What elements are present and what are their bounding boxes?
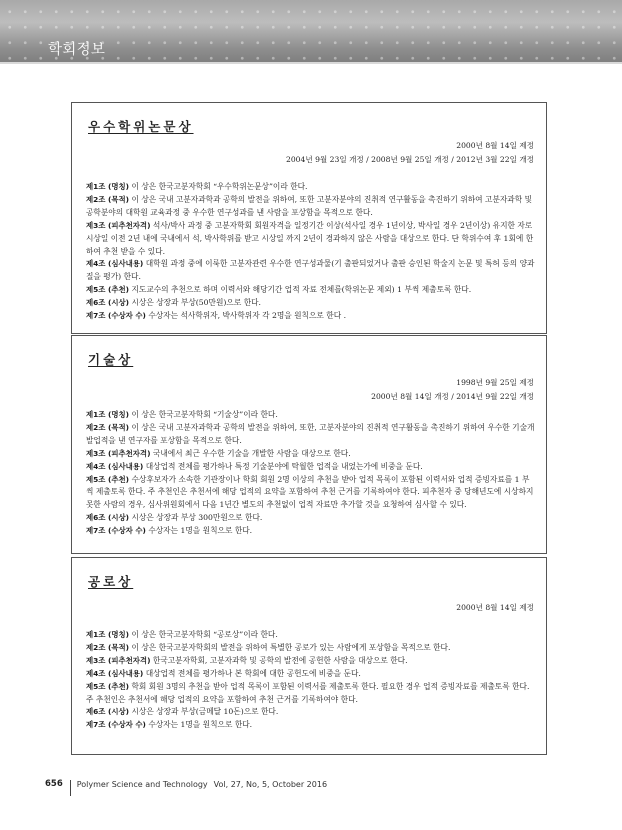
award-title: 기술상 [88,350,133,368]
article-text: 수상자는 석사학위자, 박사학위자 각 2명을 원칙으로 한다 . [146,311,346,320]
section-title: 학회정보 [48,38,105,59]
article-text: 지도교수의 추천으로 하며 이력서와 해당기간 업적 자료 전체를(학위논문 제… [129,285,471,294]
article-7: 제7조 (수상자 수) 수상자는 석사학위자, 박사학위자 각 2명을 원칙으로… [86,310,536,323]
article-2: 제2조 (목적) 이 상은 국내 고분자과학과 공학의 발전을 위하여, 또한,… [86,422,536,448]
article-heading: 제4조 (심사내용) [86,462,143,471]
article-4: 제4조 (심사내용) 대학원 과정 중에 이룩한 고분자관련 우수한 연구성과물… [86,258,536,284]
article-heading: 제1조 (명칭) [86,630,129,639]
article-6: 제6조 (시상) 시상은 상장과 부상 300만원으로 한다. [86,512,536,525]
article-5: 제5조 (추천) 수상후보자가 소속한 기관장이나 학회 회원 2명 이상의 추… [86,474,536,513]
article-text: 대상업적 전체를 평가하나 특정 기술분야에 탁월한 업적을 내었는가에 비중을… [143,462,422,471]
article-heading: 제2조 (목적) [86,195,129,204]
article-heading: 제5조 (추천) [86,475,129,484]
article-text: 이 상은 한국고분자학회의 발전을 위하여 특별한 공로가 있는 사람에게 포상… [129,643,450,652]
article-6: 제6조 (시상) 시상은 상장과 부상(50만원)으로 한다. [86,297,536,310]
article-3: 제3조 (피추천자격) 석사/박사 과정 중 고분자학회 회원자격을 일정기간 … [86,220,536,259]
award-dates: 1998년 9월 25일 제정 2000년 8월 14일 개정 / 2014년 … [371,376,534,404]
article-text: 시상은 상장과 부상 300만원으로 한다. [129,513,262,522]
issue-info: Vol, 27, No, 5, October 2016 [214,780,327,789]
article-heading: 제1조 (명칭) [86,410,129,419]
article-text: 석사/박사 과정 중 고분자학회 회원자격을 일정기간 이상(석사일 경우 1년… [86,221,533,256]
article-text: 시상은 상장과 부상(금메달 10돈)으로 한다. [129,707,278,716]
article-heading: 제3조 (피추천자격) [86,221,150,230]
article-heading: 제5조 (추천) [86,285,129,294]
article-text: 국내에서 최근 우수한 기술을 개발한 사람을 대상으로 한다. [150,449,350,458]
enactment-date: 2000년 8월 14일 제정 [456,601,534,615]
award-box-merit: 공로상 2000년 8월 14일 제정 제1조 (명칭) 이 상은 한국고분자학… [71,557,547,755]
revision-dates: 2004년 9월 23일 개정 / 2008년 9월 25일 개정 / 2012… [286,153,534,167]
article-5: 제5조 (추천) 지도교수의 추천으로 하며 이력서와 해당기간 업적 자료 전… [86,284,536,297]
article-7: 제7조 (수상자 수) 수상자는 1명을 원칙으로 한다. [86,719,536,732]
article-text: 시상은 상장과 부상(50만원)으로 한다. [129,298,261,307]
award-title: 공로상 [88,572,133,590]
section-header-band: 학회정보 [0,0,622,64]
article-heading: 제6조 (시상) [86,513,129,522]
article-text: 수상후보자가 소속한 기관장이나 학회 회원 2명 이상의 추천을 받아 업적 … [86,475,533,510]
award-title: 우수학위논문상 [88,117,194,135]
article-heading: 제1조 (명칭) [86,182,129,191]
article-text: 대상업적 전체를 평가하나 본 학회에 대한 공헌도에 비중을 둔다. [143,669,361,678]
article-heading: 제7조 (수상자 수) [86,526,146,535]
award-box-thesis: 우수학위논문상 2000년 8월 14일 제정 2004년 9월 23일 개정 … [71,102,547,334]
article-1: 제1조 (명칭) 이 상은 한국고분자학회 “공로상”이라 한다. [86,629,536,642]
article-heading: 제3조 (피추천자격) [86,449,150,458]
article-text: 학회 회원 3명의 추천을 받아 업적 목록이 포함된 이력서를 제출토록 한다… [86,682,529,704]
article-3: 제3조 (피추천자격) 국내에서 최근 우수한 기술을 개발한 사람을 대상으로… [86,448,536,461]
article-text: 이 상은 한국고분자학회 “우수학위논문상”이라 한다. [129,182,307,191]
article-text: 이 상은 한국고분자학회 “공로상”이라 한다. [129,630,278,639]
footer-divider [70,780,71,796]
award-dates: 2000년 8월 14일 제정 [456,601,534,615]
award-box-technology: 기술상 1998년 9월 25일 제정 2000년 8월 14일 개정 / 20… [71,335,547,554]
article-heading: 제6조 (시상) [86,298,129,307]
article-heading: 제2조 (목적) [86,643,129,652]
enactment-date: 1998년 9월 25일 제정 [371,376,534,390]
article-heading: 제5조 (추천) [86,682,129,691]
article-heading: 제6조 (시상) [86,707,129,716]
article-text: 수상자는 1명을 원칙으로 한다. [146,720,252,729]
journal-name: Polymer Science and Technology [77,780,208,789]
article-text: 이 상은 국내 고분자과학과 공학의 발전을 위하여, 또한, 고분자분야의 진… [86,423,534,445]
article-2: 제2조 (목적) 이 상은 국내 고분자과학과 공학의 발전을 위하여, 또한 … [86,194,536,220]
article-6: 제6조 (시상) 시상은 상장과 부상(금메달 10돈)으로 한다. [86,706,536,719]
article-3: 제3조 (피추천자격) 한국고분자학회, 고분자과학 및 공학의 발전에 공헌한… [86,655,536,668]
article-5: 제5조 (추천) 학회 회원 3명의 추천을 받아 업적 목록이 포함된 이력서… [86,681,536,707]
enactment-date: 2000년 8월 14일 제정 [286,139,534,153]
page-number: 656 [45,779,63,789]
article-list: 제1조 (명칭) 이 상은 한국고분자학회 “우수학위논문상”이라 한다. 제2… [86,181,536,323]
article-text: 이 상은 한국고분자학회 “기술상”이라 한다. [129,410,278,419]
article-heading: 제2조 (목적) [86,423,129,432]
article-text: 대학원 과정 중에 이룩한 고분자관련 우수한 연구성과물(기 출판되었거나 출… [86,259,534,281]
article-heading: 제4조 (심사내용) [86,669,143,678]
article-1: 제1조 (명칭) 이 상은 한국고분자학회 “우수학위논문상”이라 한다. [86,181,536,194]
article-text: 수상자는 1명을 원칙으로 한다. [146,526,252,535]
article-heading: 제7조 (수상자 수) [86,311,146,320]
article-list: 제1조 (명칭) 이 상은 한국고분자학회 “기술상”이라 한다. 제2조 (목… [86,409,536,538]
article-text: 한국고분자학회, 고분자과학 및 공학의 발전에 공헌한 사람을 대상으로 한다… [150,656,407,665]
article-4: 제4조 (심사내용) 대상업적 전체를 평가하나 본 학회에 대한 공헌도에 비… [86,668,536,681]
article-4: 제4조 (심사내용) 대상업적 전체를 평가하나 특정 기술분야에 탁월한 업적… [86,461,536,474]
article-1: 제1조 (명칭) 이 상은 한국고분자학회 “기술상”이라 한다. [86,409,536,422]
article-text: 이 상은 국내 고분자과학과 공학의 발전을 위하여, 또한 고분자분야의 진취… [86,195,532,217]
revision-dates: 2000년 8월 14일 개정 / 2014년 9월 22일 개정 [371,390,534,404]
page-footer: 656 Polymer Science and Technology Vol, … [45,776,327,792]
article-heading: 제7조 (수상자 수) [86,720,146,729]
award-dates: 2000년 8월 14일 제정 2004년 9월 23일 개정 / 2008년 … [286,139,534,167]
article-7: 제7조 (수상자 수) 수상자는 1명을 원칙으로 한다. [86,525,536,538]
article-list: 제1조 (명칭) 이 상은 한국고분자학회 “공로상”이라 한다. 제2조 (목… [86,629,536,732]
article-2: 제2조 (목적) 이 상은 한국고분자학회의 발전을 위하여 특별한 공로가 있… [86,642,536,655]
article-heading: 제3조 (피추천자격) [86,656,150,665]
article-heading: 제4조 (심사내용) [86,259,143,268]
